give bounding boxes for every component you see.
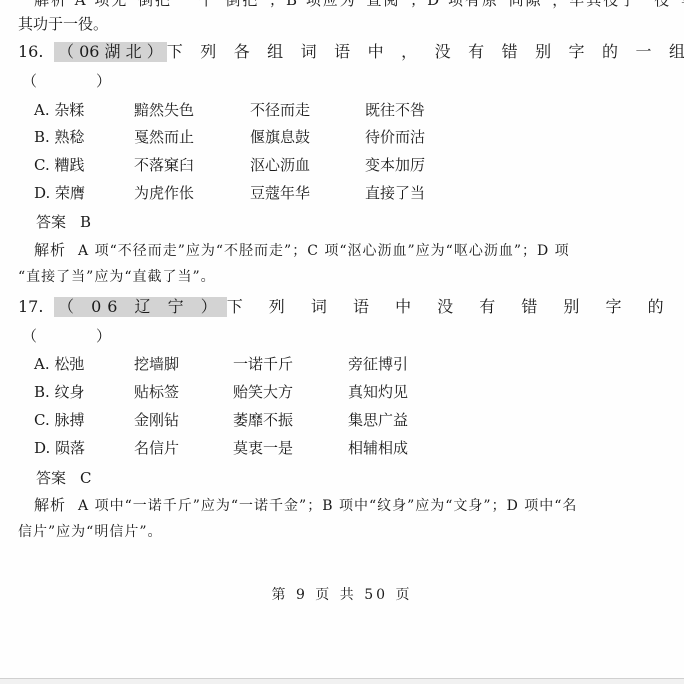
answer-value: C [80,469,91,487]
option-word: 既往不咎 [365,100,425,120]
option-word: 黯然失色 [134,100,194,120]
explanation-continuation: “直接了当”应为“直截了当”。 [18,267,216,287]
option-word: 集思广益 [348,410,408,430]
option-word: 变本加厉 [365,155,425,175]
option-word: 贻笑大方 [233,382,293,402]
question-stem: 下 列 各 组 词 语 中 ， 没 有 错 别 字 的 一 组 是 [167,42,684,61]
answer-label: 答案 [36,213,66,231]
question-16-header: 16.（ 06 湖 北 ）下 列 各 组 词 语 中 ， 没 有 错 别 字 的… [18,42,684,62]
explanation-label: 解析 [34,496,66,514]
option-word: 沤心沥血 [250,155,310,175]
option-label: D. 陨落 [34,438,85,458]
question-number: 17. [18,297,54,317]
previous-explanation-clipped: 解析 A 项无“倒把”一个“倒把”；B 项应为“查阅”；D 项有原“间隙”，毕其… [34,0,684,10]
option-word: 直接了当 [365,183,425,203]
document-page: 解析 A 项无“倒把”一个“倒把”；B 项应为“查阅”；D 项有原“间隙”，毕其… [0,0,684,678]
option-word: 戛然而止 [134,127,194,147]
option-word: 贴标签 [134,382,179,402]
explanation-label: 解析 [34,241,66,259]
option-label: A. 杂糅 [34,100,84,120]
option-word: 旁征博引 [348,354,408,374]
option-word: 金刚钻 [134,410,179,430]
answer-line: 答案B [36,212,91,232]
option-word: 不落窠臼 [134,155,194,175]
option-word: 挖墙脚 [134,354,179,374]
question-source-highlight: （ 06 湖 北 ） [54,42,167,62]
option-word: 莫衷一是 [233,438,293,458]
explanation-line: 解析A 项中“一诺千斤”应为“一诺千金”；B 项中“纹身”应为“文身”；D 项中… [34,495,577,516]
option-word: 不径而走 [250,100,310,120]
option-label: C. 糟践 [34,155,84,175]
question-17-header: 17.（ 06 辽 宁 ）下 列 词 语 中 没 有 错 别 字 的 一 组 是 [18,297,684,317]
option-word: 偃旗息鼓 [250,127,310,147]
option-word: 待价而沽 [365,127,425,147]
answer-blank: （ ） [22,326,133,346]
previous-explanation-tail: 其功于一役。 [18,14,108,34]
option-word: 豆蔻年华 [250,183,310,203]
answer-line: 答案C [36,468,92,488]
answer-label: 答案 [36,469,66,487]
question-source-highlight: （ 06 辽 宁 ） [54,297,227,317]
option-label: C. 脉搏 [34,410,84,430]
explanation-line: 解析A 项“不径而走”应为“不胫而走”；C 项“沤心沥血”应为“呕心沥血”；D … [34,240,570,261]
option-word: 为虎作伥 [134,183,194,203]
question-stem: 下 列 词 语 中 没 有 错 别 字 的 一 组 是 [227,297,684,316]
option-word: 真知灼见 [348,382,408,402]
question-number: 16. [18,42,54,62]
option-word: 萎靡不振 [233,410,293,430]
option-label: D. 荣膺 [34,183,85,203]
page-bottom-edge [0,678,684,684]
option-word: 相辅相成 [348,438,408,458]
answer-blank: （ ） [22,71,133,91]
option-label: B. 纹身 [34,382,85,402]
option-word: 一诺千斤 [233,354,293,374]
explanation-text: A 项中“一诺千斤”应为“一诺千金”；B 项中“纹身”应为“文身”；D 项中“名 [78,498,577,514]
option-label: A. 松弛 [34,354,84,374]
page-number-footer: 第 9 页 共 50 页 [0,584,684,604]
answer-value: B [80,213,91,231]
option-word: 名信片 [134,438,179,458]
option-label: B. 熟稔 [34,127,85,147]
explanation-text: A 项“不径而走”应为“不胫而走”；C 项“沤心沥血”应为“呕心沥血”；D 项 [78,243,570,259]
explanation-continuation: 信片”应为“明信片”。 [18,522,162,542]
